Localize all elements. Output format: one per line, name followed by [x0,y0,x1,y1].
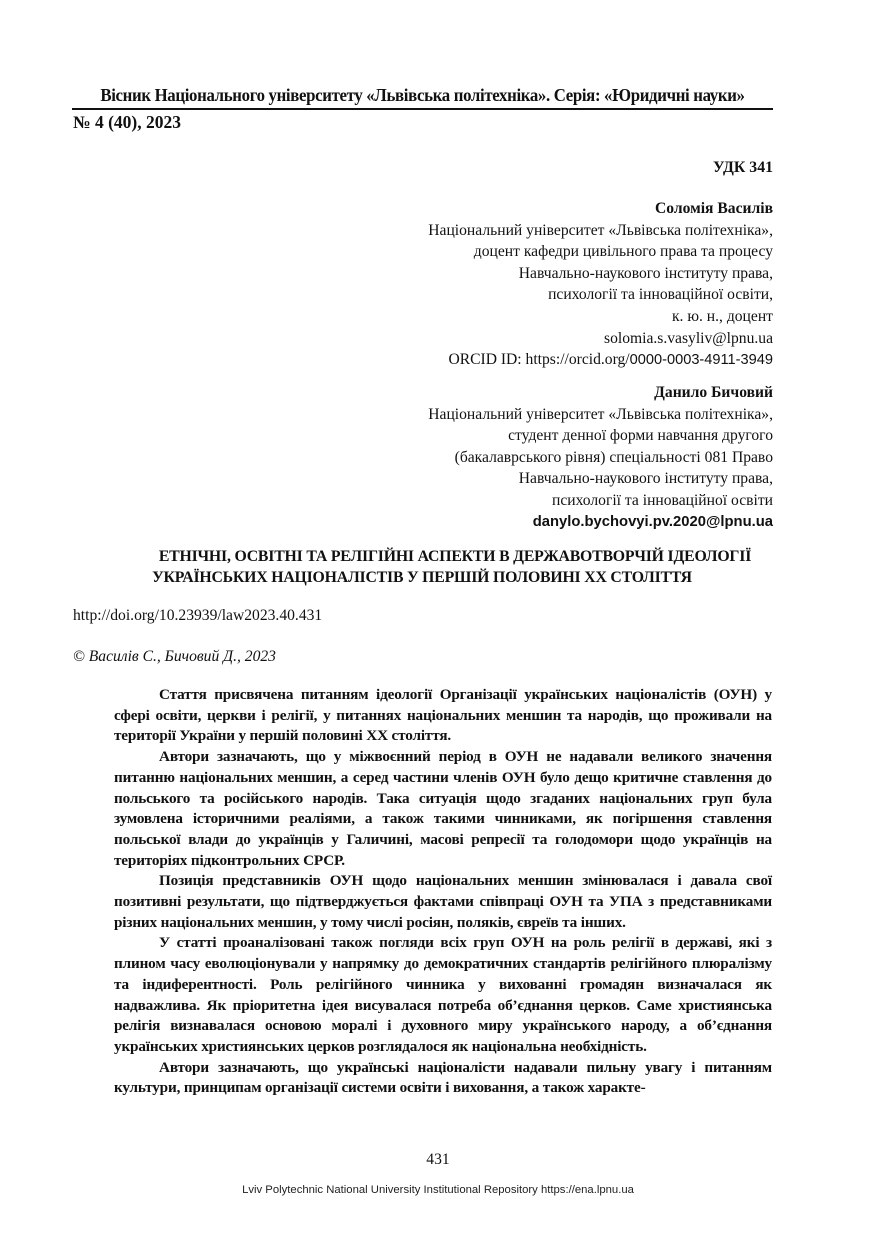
affiliation-line: (бакалаврського рівня) спеціальності 081… [428,447,773,469]
affiliation-line: доцент кафедри цивільного права та проце… [428,241,773,263]
author-email-link[interactable]: danylo.bychovyi.pv.2020@lpnu.ua [428,512,773,534]
udc-code: УДК 341 [713,157,773,179]
author-block-1: Соломія Василів Національний університет… [428,198,773,372]
header-divider [72,108,773,110]
abstract-paragraph: Автори зазначають, що українські націона… [114,1058,772,1099]
author-name: Данило Бичовий [428,382,773,404]
journal-running-title: Вісник Національного університету «Львів… [86,85,759,106]
copyright-notice: © Василів С., Бичовий Д., 2023 [73,648,276,666]
orcid-id: 0000-0003-4911-3949 [630,352,773,368]
abstract-paragraph: Позиція представників ОУН щодо національ… [114,871,772,933]
article-title-line-2: УКРАЇНСЬКИХ НАЦІОНАЛІСТІВ У ПЕРШІЙ ПОЛОВ… [72,567,832,588]
issue-number: № 4 (40), 2023 [73,112,181,133]
repository-footer: Lviv Polytechnic National University Ins… [0,1184,876,1196]
affiliation-line: психології та інноваційної освіти [428,490,773,512]
article-title: ЕТНІЧНІ, ОСВІТНІ ТА РЕЛІГІЙНІ АСПЕКТИ В … [72,546,832,588]
author-email-link[interactable]: solomia.s.vasyliv@lpnu.ua [428,328,773,350]
affiliation-line: студент денної форми навчання другого [428,425,773,447]
affiliation-line: Навчально-наукового інституту права, [428,263,773,285]
affiliation-line: психології та інноваційної освіти, [428,284,773,306]
article-title-line-1: ЕТНІЧНІ, ОСВІТНІ ТА РЕЛІГІЙНІ АСПЕКТИ В … [72,546,832,567]
author-block-2: Данило Бичовий Національний університет … [428,382,773,533]
orcid-link[interactable]: ORCID ID: https://orcid.org/0000-0003-49… [428,349,773,372]
abstract-paragraph: Автори зазначають, що у міжвоєнний періо… [114,747,772,871]
doi-link[interactable]: http://doi.org/10.23939/law2023.40.431 [73,607,322,625]
abstract-paragraph: Стаття присвячена питанням ідеології Орг… [114,685,772,747]
affiliation-line: Національний університет «Львівська полі… [428,404,773,426]
affiliation-line: Навчально-наукового інституту права, [428,468,773,490]
affiliation-line: Національний університет «Львівська полі… [428,220,773,242]
author-name: Соломія Василів [428,198,773,220]
academic-degree: к. ю. н., доцент [428,306,773,328]
abstract-paragraph: У статті проаналізовані також погляди вс… [114,933,772,1057]
abstract: Стаття присвячена питанням ідеології Орг… [114,685,772,1099]
orcid-label: ORCID ID: https://orcid.org/ [448,351,629,368]
page-number: 431 [0,1151,876,1169]
